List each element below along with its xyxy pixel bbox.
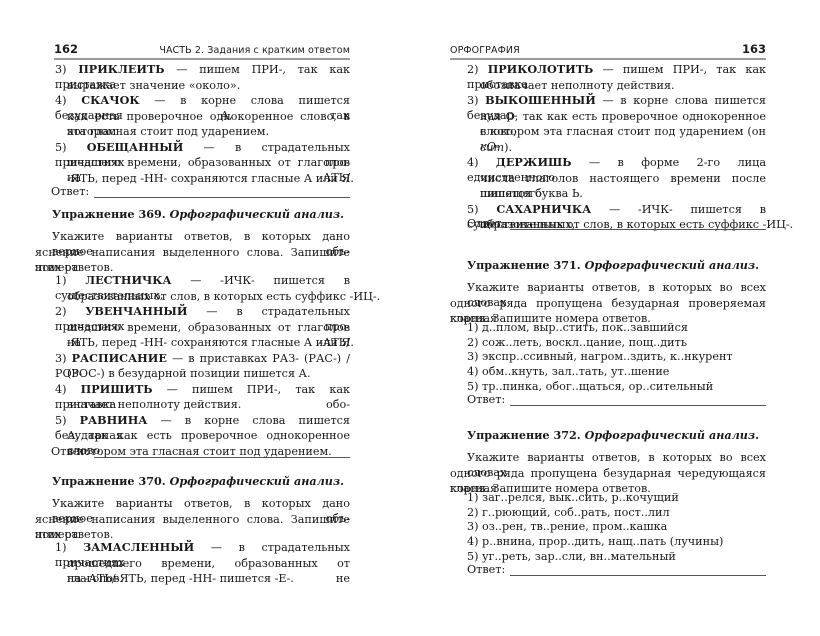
option-text: ). — [504, 141, 512, 154]
running-head: ОРФОГРАФИЯ — [450, 45, 520, 56]
option-line: (РОС-) в безударной позиции пишется А. — [67, 366, 350, 381]
exercise-number: Упражнение 369. — [52, 207, 170, 221]
option-text: 2) г..рюющий, соб..рать, пост..лил — [467, 506, 670, 519]
word-row-option: 3) оз..рен, тв..рение, пром..кашка — [467, 519, 667, 534]
option-text: 3) экспр..ссивный, нагром..здить, к..нку… — [467, 350, 733, 363]
highlighted-word: СКАЧОК — [81, 93, 139, 107]
answer-input-line[interactable] — [510, 564, 766, 576]
highlighted-word: ОБЕЩАННЫЙ — [87, 140, 184, 154]
exercise-title: Упражнение 372. Орфографический анализ. — [467, 428, 759, 443]
word-row-option: 5) тр..пинка, обог..щаться, ор..сительны… — [467, 379, 713, 394]
page-number: 162 — [54, 42, 78, 56]
option-number: 5) — [55, 141, 87, 154]
option-number: 3) — [55, 352, 72, 365]
word-row-option: 3) экспр..ссивный, нагром..здить, к..нку… — [467, 349, 733, 364]
answer-field[interactable]: Ответ: — [51, 185, 350, 198]
option-line: эта гласная стоит под ударением. — [67, 124, 350, 139]
option-line: -ЯТЬ, перед -НН- сохраняются гласные А и… — [67, 335, 350, 350]
word-row-option: 1) д..плом, выр..стить, пок..завшийся — [467, 320, 688, 335]
exercise-title: Упражнение 371. Орфографический анализ. — [467, 258, 759, 273]
answer-field[interactable]: Ответ: — [51, 445, 350, 458]
highlighted-word: РАСПИСАНИЕ — [72, 351, 167, 365]
option-number: 5) — [467, 203, 496, 216]
word-row-option: 5) уг..реть, зар..сли, вн..мательный — [467, 549, 676, 564]
exercise-number: Упражнение 372. — [467, 428, 585, 442]
option-text: 4) р..внина, прор..дить, нащ..пать (лучи… — [467, 535, 723, 548]
exercise-type: Орфографический анализ. — [585, 258, 759, 272]
option-text: значает неполноту действия. — [67, 398, 241, 411]
right-page: ОРФОГРАФИЯ 163 2) ПРИКОЛОТИТЬ — пишем ПР… — [410, 0, 820, 636]
italic-word: сит — [480, 141, 504, 154]
highlighted-word: ПРИКЛЕИТЬ — [78, 62, 164, 76]
highlighted-word: САХАРНИЧКА — [496, 202, 591, 216]
exercise-title: Упражнение 370. Орфографический анализ. — [52, 474, 344, 489]
exercise-type: Орфографический анализ. — [170, 207, 344, 221]
answer-label: Ответ: — [467, 393, 505, 406]
exercise-type: Орфографический анализ. — [170, 474, 344, 488]
option-text: выражает значение «около». — [67, 79, 240, 92]
option-line: пишется буква Ь. — [480, 186, 766, 201]
option-text: -ЯТЬ, перед -НН- сохраняются гласные А и… — [67, 172, 354, 185]
highlighted-word: ДЕРЖИШЬ — [496, 155, 572, 169]
option-text: в котором эта гласная стоит под ударение… — [480, 125, 766, 138]
word-row-option: 4) обм..кнуть, зал..тать, ут..шение — [467, 364, 669, 379]
page-header: ОРФОГРАФИЯ 163 — [450, 40, 766, 60]
option-text: на -АТЬ/-ЯТЬ, перед -НН- пишется -Е-. — [67, 572, 294, 585]
option-line: обозначает неполноту действия. — [480, 78, 766, 93]
highlighted-word: ЗАМАСЛЕННЫЙ — [83, 540, 194, 554]
option-line: образованных от слов, в которых есть суф… — [67, 289, 350, 304]
option-number: 4) — [55, 94, 81, 107]
highlighted-word: ПРИКОЛОТИТЬ — [488, 62, 594, 76]
answer-label: Ответ: — [51, 445, 89, 458]
option-text: (РОС-) в безударной позиции пишется А. — [67, 367, 311, 380]
page-number: 163 — [742, 42, 766, 56]
answer-field[interactable]: Ответ: — [467, 563, 766, 576]
word-row-option: 2) сож..леть, воскл..цание, пощ..дить — [467, 335, 687, 350]
highlighted-word: РАВНИНА — [80, 413, 148, 427]
answer-field[interactable]: Ответ: — [467, 393, 766, 406]
option-text: 5) уг..реть, зар..сли, вн..мательный — [467, 550, 676, 563]
option-number: 5) — [55, 414, 80, 427]
option-text: 1) д..плом, выр..стить, пок..завшийся — [467, 321, 688, 334]
highlighted-word: УВЕНЧАННЫЙ — [85, 304, 187, 318]
word-row-option: 2) г..рюющий, соб..рать, пост..лил — [467, 505, 670, 520]
answer-input-line[interactable] — [510, 394, 766, 406]
answer-label: Ответ: — [467, 563, 505, 576]
page-header: 162 ЧАСТЬ 2. Задания с кратким ответом — [54, 40, 350, 60]
option-line: значает неполноту действия. — [67, 397, 350, 412]
option-text: -ЯТЬ, перед -НН- сохраняются гласные А и… — [67, 336, 354, 349]
word-row-option: 4) р..внина, прор..дить, нащ..пать (лучи… — [467, 534, 723, 549]
answer-input-line[interactable] — [94, 186, 350, 198]
option-number: 2) — [467, 63, 488, 76]
answer-label: Ответ: — [467, 217, 505, 230]
word-row-option: 1) заг..релся, вык..сить, р..кочущий — [467, 490, 679, 505]
option-text: образованных от слов, в которых есть суф… — [67, 290, 380, 303]
answer-field[interactable]: Ответ: — [467, 217, 766, 230]
exercise-number: Упражнение 371. — [467, 258, 585, 272]
option-text: 2) сож..леть, воскл..цание, пощ..дить — [467, 336, 687, 349]
option-number: 3) — [55, 63, 78, 76]
option-line: на -АТЬ/-ЯТЬ, перед -НН- пишется -Е-. — [67, 571, 350, 586]
option-text: 5) тр..пинка, обог..щаться, ор..сительны… — [467, 380, 713, 393]
option-text: пишется буква Ь. — [480, 187, 583, 200]
option-line: -ЯТЬ, перед -НН- сохраняются гласные А и… — [67, 171, 350, 186]
option-number: 1) — [55, 541, 83, 554]
option-number: 4) — [467, 156, 496, 169]
highlighted-word: ВЫКОШЕННЫЙ — [485, 93, 596, 107]
highlighted-word: ПРИШИТЬ — [81, 382, 153, 396]
option-line: выражает значение «около». — [67, 78, 350, 93]
exercise-number: Упражнение 370. — [52, 474, 170, 488]
option-number: 1) — [55, 274, 85, 287]
option-number: 3) — [467, 94, 485, 107]
option-text: обозначает неполноту действия. — [480, 79, 675, 92]
option-text: 4) обм..кнуть, зал..тать, ут..шение — [467, 365, 669, 378]
exercise-title: Упражнение 369. Орфографический анализ. — [52, 207, 344, 222]
left-page: 162 ЧАСТЬ 2. Задания с кратким ответом 3… — [0, 0, 410, 636]
exercise-type: Орфографический анализ. — [585, 428, 759, 442]
highlighted-word: ЛЕСТНИЧКА — [85, 273, 171, 287]
answer-input-line[interactable] — [510, 218, 766, 230]
option-text: 3) оз..рен, тв..рение, пром..кашка — [467, 520, 667, 533]
option-number: 4) — [55, 383, 81, 396]
option-text: 1) заг..релся, вык..сить, р..кочущий — [467, 491, 679, 504]
answer-label: Ответ: — [51, 185, 89, 198]
answer-input-line[interactable] — [94, 446, 350, 458]
option-line: сит). — [480, 140, 766, 155]
option-number: 2) — [55, 305, 85, 318]
option-text: эта гласная стоит под ударением. — [67, 125, 269, 138]
running-head: ЧАСТЬ 2. Задания с кратким ответом — [159, 45, 350, 56]
